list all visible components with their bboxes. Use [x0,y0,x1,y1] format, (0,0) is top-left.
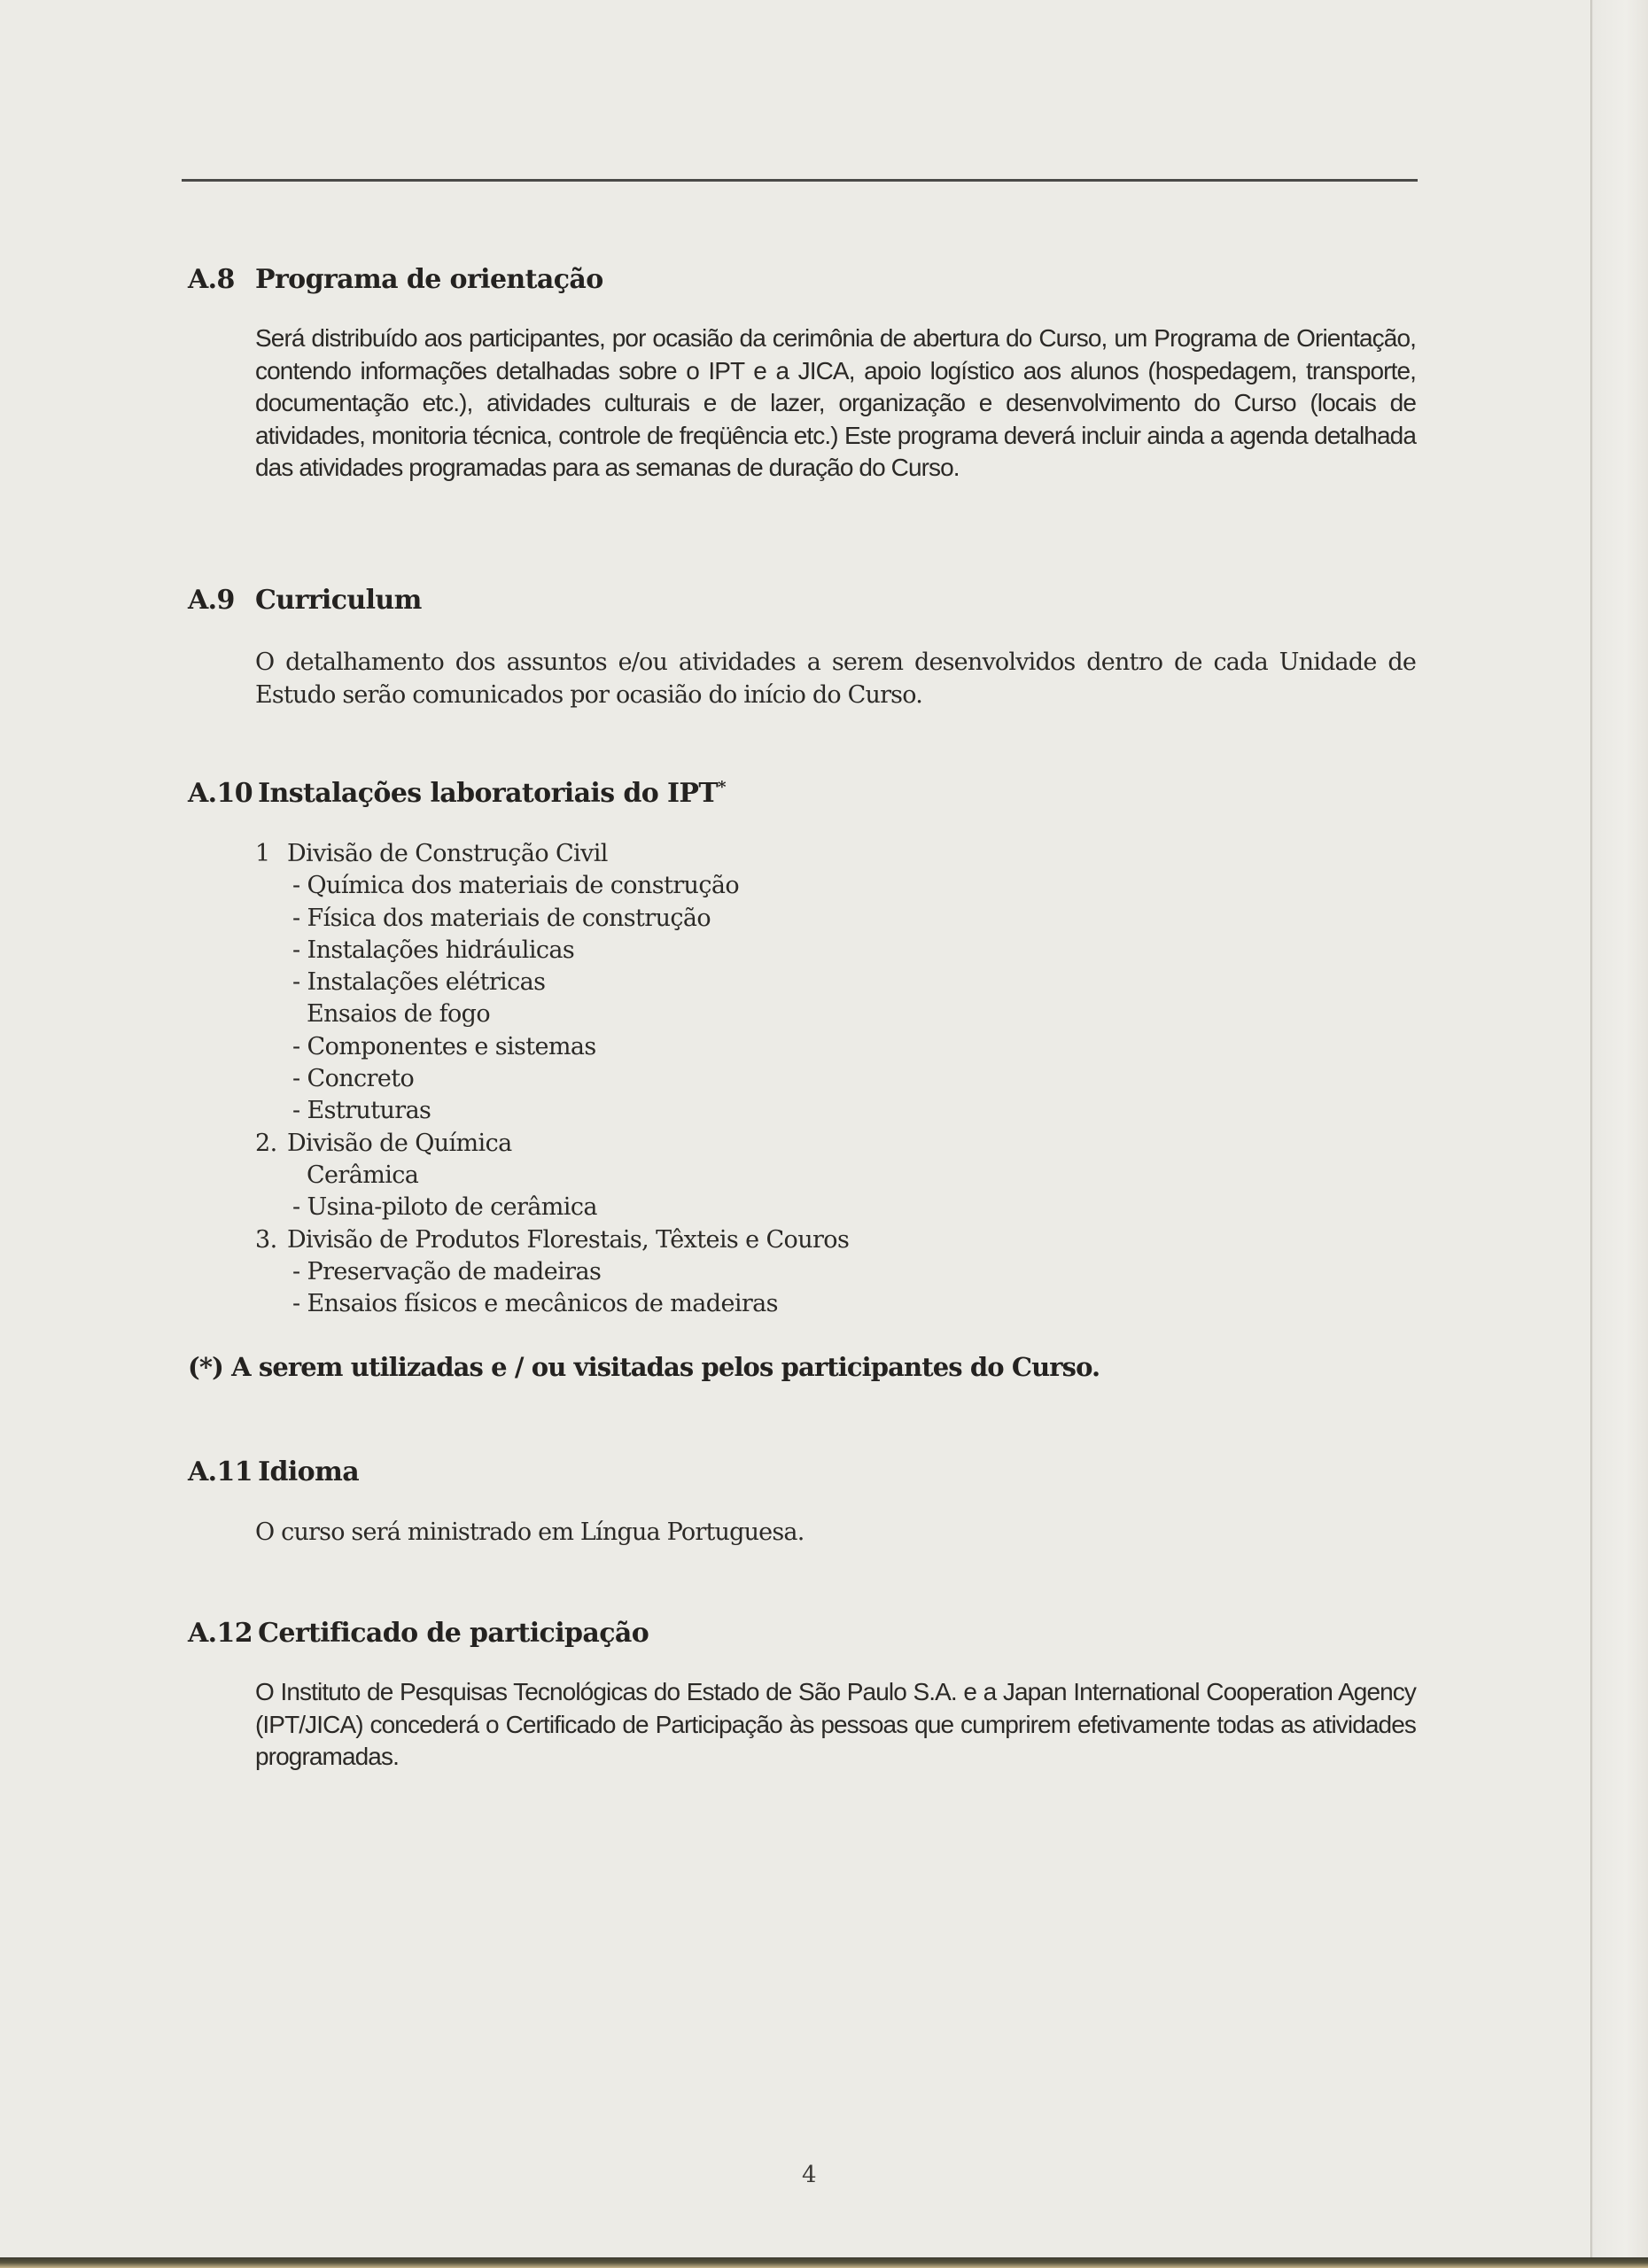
page-edge-right [1590,0,1648,2257]
section-heading-a9: A.9Curriculum [188,585,422,616]
page-edge-bottom [0,2257,1648,2268]
section-number: A.11 [188,1456,253,1487]
section-heading-a10: A.10Instalações laboratoriais do IPT* [188,778,726,809]
section-body-a12: O Instituto de Pesquisas Tecnológicas do… [255,1676,1416,1774]
section-body-a8: Será distribuído aos participantes, por … [255,322,1416,485]
section-number: A.12 [188,1618,253,1649]
section-heading-a11: A.11Idioma [188,1456,359,1487]
section-heading-a12: A.12Certificado de participação [188,1618,649,1649]
section-title: Programa de orientação [255,264,603,295]
lab-item: - Concreto [255,1063,849,1095]
lab-item: - Física dos materiais de construção [255,903,849,935]
section-number: A.8 [188,264,255,295]
lab-item: - Preservação de madeiras [255,1256,849,1288]
footnote: (*) A serem utilizadas e / ou visitadas … [188,1352,1100,1382]
lab-item: - Usina-piloto de cerâmica [255,1192,849,1223]
section-title: Curriculum [255,585,422,616]
section-title: Instalações laboratoriais do IPT [258,778,718,809]
section-number: A.10 [188,778,253,809]
lab-item: - Instalações hidráulicas [255,935,849,967]
section-number: A.9 [188,585,255,616]
section-body-a11: O curso será ministrado em Língua Portug… [255,1517,1416,1550]
division-item: 2. Divisão de Química [255,1128,849,1160]
lab-item: - Instalações elétricas [255,967,849,998]
footnote-marker: * [718,778,726,796]
page-number: 4 [802,2162,817,2188]
header-rule [182,179,1418,182]
division-item: 3. Divisão de Produtos Florestais, Têxte… [255,1224,849,1256]
lab-item: - Ensaios físicos e mecânicos de madeira… [255,1288,849,1320]
section-body-a9: O detalhamento dos assuntos e/ou ativida… [255,647,1416,711]
document-page: A.8Programa de orientação Será distribuí… [0,0,1590,2257]
section-heading-a8: A.8Programa de orientação [188,264,603,295]
section-title: Idioma [258,1456,359,1487]
lab-item: - Componentes e sistemas [255,1031,849,1063]
laboratory-list: 1 Divisão de Construção Civil - Química … [255,838,849,1320]
lab-item: - Química dos materiais de construção [255,870,849,902]
section-title: Certificado de participação [258,1618,649,1649]
lab-item: Cerâmica [255,1160,849,1192]
lab-item: Ensaios de fogo [255,998,849,1030]
division-item: 1 Divisão de Construção Civil [255,838,849,870]
lab-item: - Estruturas [255,1095,849,1127]
